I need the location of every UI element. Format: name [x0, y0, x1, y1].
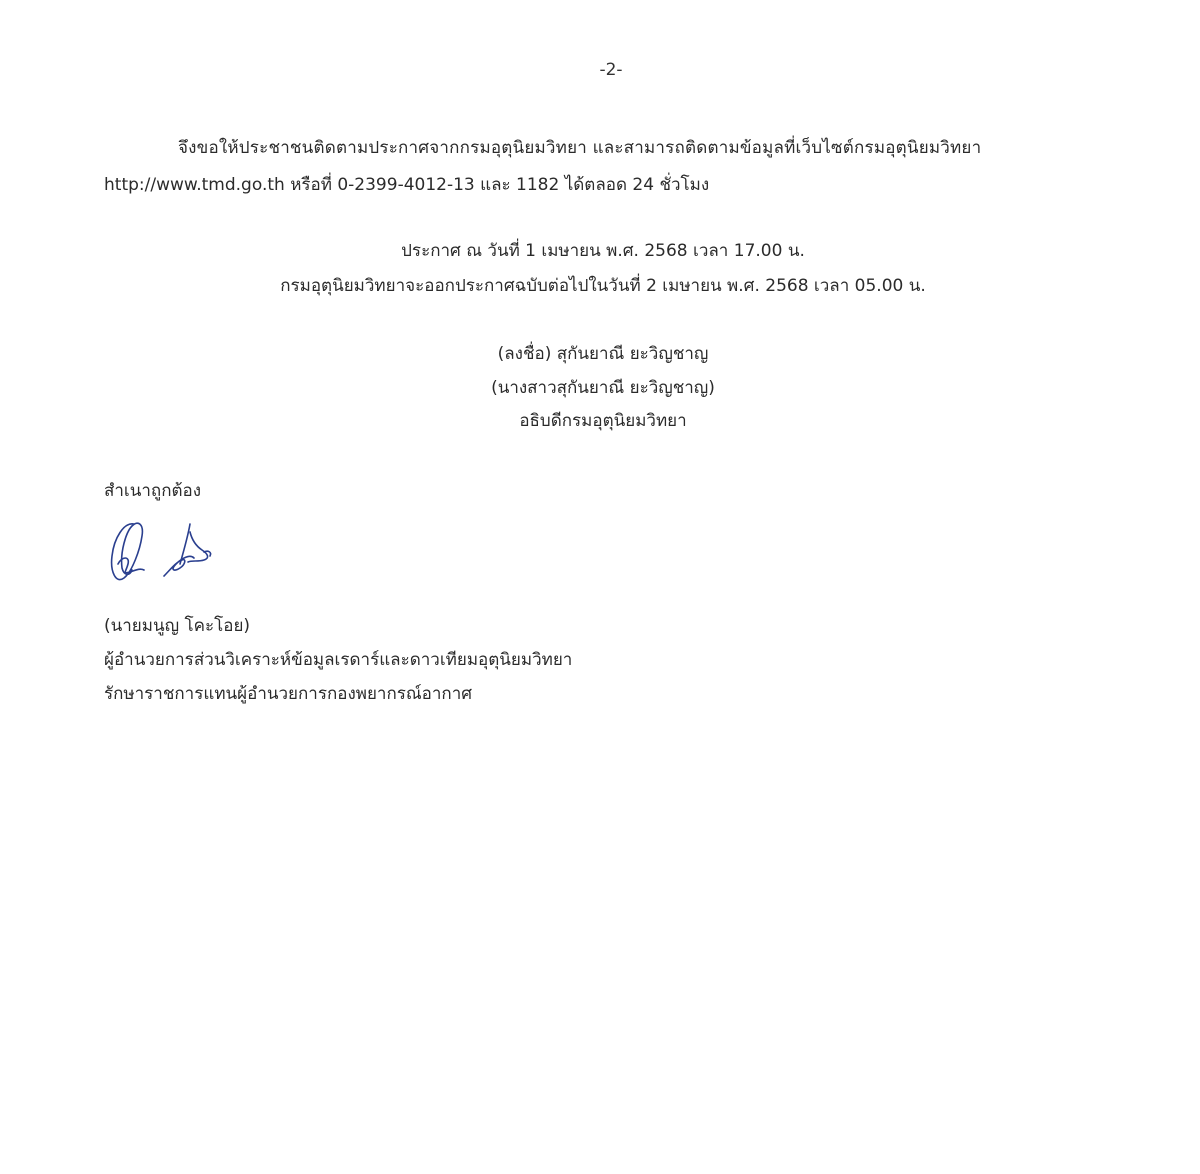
signatory-position: อธิบดีกรมอุตุนิยมวิทยา [0, 407, 1200, 434]
body-paragraph-line-2: http://www.tmd.go.th หรือที่ 0-2399-4012… [104, 171, 709, 198]
signature-icon [104, 516, 224, 588]
certifier-name: (นายมนูญ โคะโอย) [104, 612, 250, 639]
certifier-title-line-1: ผู้อำนวยการส่วนวิเคราะห์ข้อมูลเรดาร์และด… [104, 646, 572, 673]
certified-copy-label: สำเนาถูกต้อง [104, 477, 201, 504]
signatory-full-name: (นางสาวสุกันยาณี ยะวิญชาญ) [0, 374, 1200, 401]
body-paragraph-line-1: จึงขอให้ประชาชนติดตามประกาศจากกรมอุตุนิย… [178, 134, 1118, 161]
announcement-next-issue: กรมอุตุนิยมวิทยาจะออกประกาศฉบับต่อไปในวั… [0, 272, 1200, 299]
certifier-title-line-2: รักษาราชการแทนผู้อำนวยการกองพยากรณ์อากาศ [104, 680, 472, 707]
document-page: -2- จึงขอให้ประชาชนติดตามประกาศจากกรมอุต… [0, 0, 1200, 1174]
handwritten-signature [104, 516, 224, 588]
announcement-issued: ประกาศ ณ วันที่ 1 เมษายน พ.ศ. 2568 เวลา … [0, 237, 1200, 264]
signatory-signed: (ลงชื่อ) สุกันยาณี ยะวิญชาญ [0, 340, 1200, 367]
page-number: -2- [0, 60, 1200, 80]
